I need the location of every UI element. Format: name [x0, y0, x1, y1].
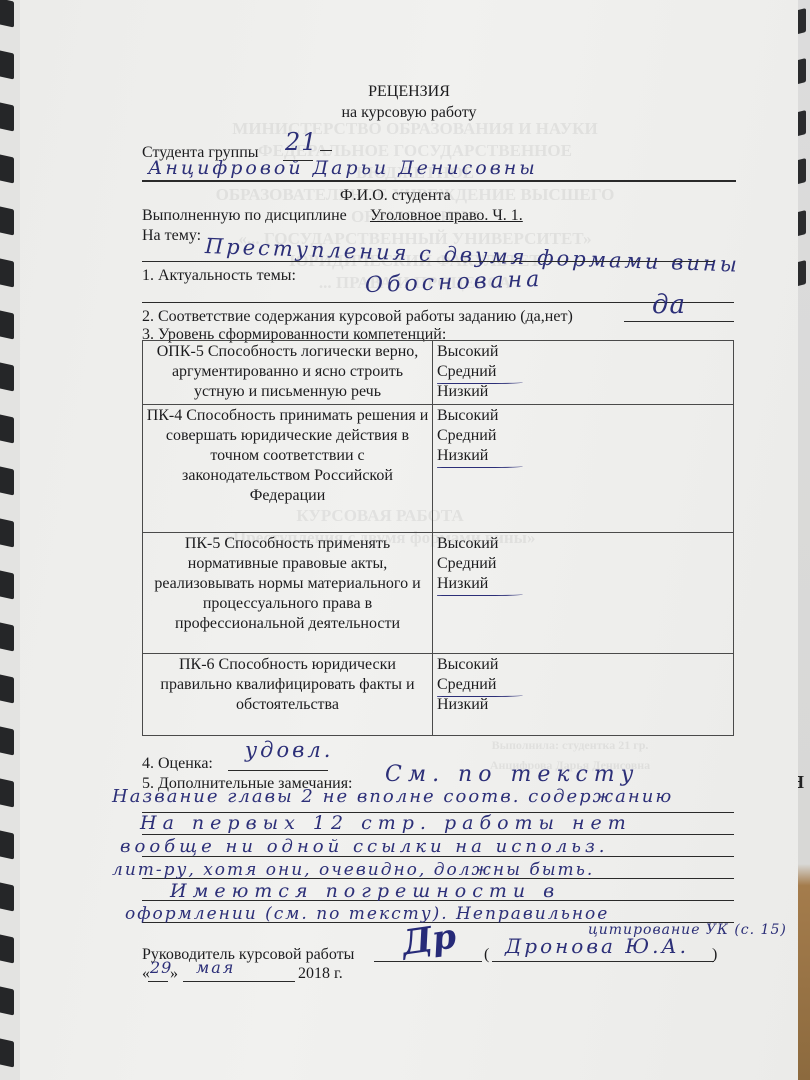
date-day-line [148, 981, 168, 982]
page-title: РЕЦЕНЗИЯ [20, 82, 798, 101]
binder-hole [0, 1039, 14, 1068]
binder-hole [0, 935, 14, 964]
level-medium: Средний [437, 554, 733, 574]
binder-hole [0, 831, 14, 860]
competency-description: ОПК-5 Способность логически верно, аргум… [143, 341, 433, 405]
binder-hole [0, 155, 14, 184]
date-close-quote: » [170, 964, 178, 983]
competency-row: ПК-6 Способность юридически правильно кв… [143, 654, 734, 736]
binder-hole [0, 363, 14, 392]
discipline-value: Уголовное право. Ч. 1. [370, 206, 523, 225]
binder-hole [0, 987, 14, 1016]
level-medium: Средний [437, 426, 733, 446]
competency-description: ПК-4 Способность принимать решения и сов… [143, 405, 433, 533]
conformity-label: 2. Соответствие содержания курсовой рабо… [142, 307, 573, 326]
level-high: Высокий [437, 534, 733, 554]
competency-description: ПК-6 Способность юридически правильно кв… [143, 654, 433, 736]
discipline-label: Выполненную по дисциплине [142, 206, 347, 225]
date-day: 29 [150, 958, 172, 977]
competency-levels: Высокий Средний Низкий [433, 405, 734, 533]
level-high: Высокий [437, 406, 733, 426]
date-year: 2018 г. [298, 964, 343, 983]
remark-line-1: См. по тексту [385, 762, 639, 787]
group-dash [320, 150, 332, 151]
binder-hole [0, 727, 14, 756]
binder-hole [0, 51, 14, 80]
supervisor-name-open-paren: ( [484, 945, 489, 964]
student-name-line [142, 180, 736, 182]
competencies-table: ОПК-5 Способность логически верно, аргум… [142, 340, 734, 736]
actuality-label: 1. Актуальность темы: [142, 266, 296, 285]
remark-line-3: На первых 12 стр. работы нет [140, 812, 632, 834]
level-low: Низкий [437, 695, 733, 715]
remark-line-4: вообще ни одной ссылки на использ. [120, 836, 609, 857]
remark-line-7: оформлении (см. по тексту). Неправильное [125, 904, 609, 924]
level-low-selected: Низкий [437, 446, 733, 466]
date-month-line [183, 981, 295, 982]
binder-strip-left [0, 0, 20, 1080]
competency-levels: Высокий Средний Низкий [433, 533, 734, 654]
binder-hole [0, 207, 14, 236]
binder-hole [0, 779, 14, 808]
grade-value: удовл. [245, 738, 333, 762]
grade-line [228, 770, 328, 771]
competency-levels: Высокий Средний Низкий [433, 341, 734, 405]
supervisor-signature-line [374, 961, 482, 962]
binder-hole [0, 623, 14, 652]
level-low: Низкий [437, 382, 733, 402]
student-name-handwritten: Анцифровой Дарьи Денисовны [148, 157, 538, 179]
grade-label: 4. Оценка: [142, 754, 213, 773]
supervisor-name-line [492, 961, 714, 962]
binder-hole [0, 415, 14, 444]
competency-row: ОПК-5 Способность логически верно, аргум… [143, 341, 734, 405]
conformity-value: да [652, 290, 686, 320]
topic-label: На тему: [142, 226, 201, 245]
level-medium-selected: Средний [437, 362, 733, 382]
conformity-line [624, 321, 734, 322]
supervisor-name: Дронова Ю.А. [505, 934, 689, 958]
remark-line-5: лит-ру, хотя они, очевидно, должны быть. [112, 860, 594, 880]
page-subtitle: на курсовую работу [20, 103, 798, 122]
remark-line-2: Название главы 2 не вполне соотв. содерж… [112, 786, 673, 807]
binder-hole [0, 0, 14, 27]
level-high: Высокий [437, 342, 733, 362]
binder-hole [0, 519, 14, 548]
level-high: Высокий [437, 655, 733, 675]
competency-description: ПК-5 Способность применять нормативные п… [143, 533, 433, 654]
student-group-value: 21 [285, 128, 318, 156]
binder-hole [0, 311, 14, 340]
date-month: мая [196, 958, 235, 977]
actuality-line [142, 302, 734, 303]
fio-caption: Ф.И.О. студента [340, 186, 451, 205]
binder-hole [0, 883, 14, 912]
supervisor-name-close-paren: ) [712, 945, 717, 964]
topic-line [142, 261, 714, 262]
level-medium-selected: Средний [437, 675, 733, 695]
remark-line-6: Имеются погрешности в [170, 880, 560, 902]
competency-levels: Высокий Средний Низкий [433, 654, 734, 736]
binder-hole [0, 103, 14, 132]
competency-row: ПК-4 Способность принимать решения и сов… [143, 405, 734, 533]
supervisor-label: Руководитель курсовой работы [142, 945, 354, 964]
binder-hole [0, 675, 14, 704]
binder-hole [0, 467, 14, 496]
supervisor-signature: Др [399, 916, 458, 963]
level-low-selected: Низкий [437, 574, 733, 594]
binder-hole [0, 571, 14, 600]
binder-hole [0, 259, 14, 288]
remarks-line [142, 834, 734, 835]
competency-row: ПК-5 Способность применять нормативные п… [143, 533, 734, 654]
